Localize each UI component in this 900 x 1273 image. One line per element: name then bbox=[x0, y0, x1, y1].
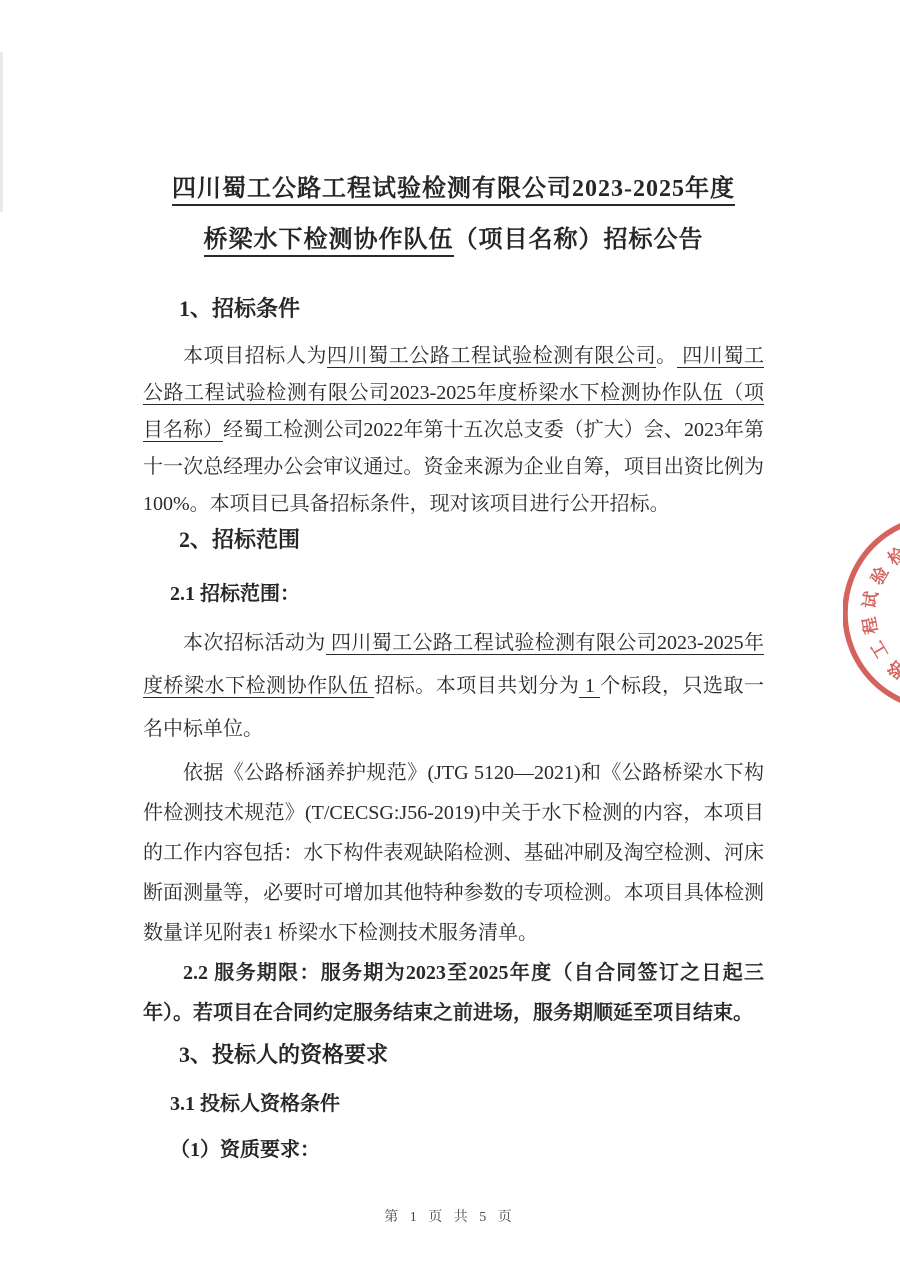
section-3-heading: 3、投标人的资格要求 bbox=[179, 1040, 764, 1070]
seal-character: 路 bbox=[883, 656, 900, 682]
page-number-footer: 第 1 页 共 5 页 bbox=[0, 1206, 900, 1226]
text-run: 经蜀工检测公司2022年第十五次总支委（扩大）会、2023年第十一次总经理办公会… bbox=[143, 419, 764, 515]
seal-character: 检 bbox=[884, 542, 900, 569]
company-seal-stamp: 四川蜀工公路工程试验检测有限公司 bbox=[843, 506, 900, 719]
section-2-1-subheading: 2.1 招标范围： bbox=[170, 581, 764, 607]
text-run: 本次招标活动为 bbox=[183, 632, 326, 654]
document-title: 四川蜀工公路工程试验检测有限公司2023-2025年度 桥梁水下检测协作队伍（项… bbox=[143, 164, 764, 266]
text-run: 依据《公路桥涵养护规范》(JTG 5120—2021)和《公路桥梁水下构件检测技… bbox=[143, 762, 764, 944]
section-2-2-service-period-paragraph: 2.2 服务期限：服务期为2023至2025年度（自合同签订之日起三年）。若项目… bbox=[143, 953, 764, 1033]
section-1-paragraph: 本项目招标人为四川蜀工公路工程试验检测有限公司。 四川蜀工公路工程试验检测有限公… bbox=[143, 338, 764, 523]
section-1-heading: 1、招标条件 bbox=[179, 294, 764, 324]
section-3-1-item-1: （1）资质要求： bbox=[170, 1137, 764, 1163]
seal-character: 程 bbox=[859, 616, 882, 636]
text-run: 。 bbox=[656, 345, 677, 367]
seal-circle-graphic: 四川蜀工公路工程试验检测有限公司 bbox=[843, 506, 900, 719]
text-run: 四川蜀工公路工程试验检测有限公司 bbox=[327, 345, 656, 368]
text-run: 本项目招标人为 bbox=[183, 345, 327, 367]
text-run: 1 bbox=[579, 675, 600, 698]
seal-character: 验 bbox=[866, 563, 892, 588]
document-content: 四川蜀工公路工程试验检测有限公司2023-2025年度 桥梁水下检测协作队伍（项… bbox=[143, 164, 764, 1163]
document-title-line-2: 桥梁水下检测协作队伍（项目名称）招标公告 bbox=[143, 215, 764, 266]
section-2-heading: 2、招标范围 bbox=[179, 525, 764, 555]
text-run: 招标。本项目共划分为 bbox=[374, 675, 579, 697]
seal-character: 试 bbox=[859, 589, 882, 610]
scanned-document-page: 四川蜀工公路工程试验检测有限公司2023-2025年度 桥梁水下检测协作队伍（项… bbox=[0, 0, 900, 1273]
section-2-scope-paragraph: 依据《公路桥涵养护规范》(JTG 5120—2021)和《公路桥梁水下构件检测技… bbox=[143, 753, 764, 953]
seal-character: 工 bbox=[867, 637, 892, 661]
section-3-1-subheading: 3.1 投标人资格条件 bbox=[170, 1091, 764, 1117]
scan-edge-artifact bbox=[0, 52, 3, 212]
text-run: 2.2 服务期限：服务期为2023至2025年度（自合同签订之日起三年）。若项目… bbox=[143, 962, 764, 1024]
document-title-line-1: 四川蜀工公路工程试验检测有限公司2023-2025年度 bbox=[143, 164, 764, 215]
section-2-1-paragraph: 本次招标活动为 四川蜀工公路工程试验检测有限公司2023-2025年度桥梁水下检… bbox=[143, 622, 764, 751]
